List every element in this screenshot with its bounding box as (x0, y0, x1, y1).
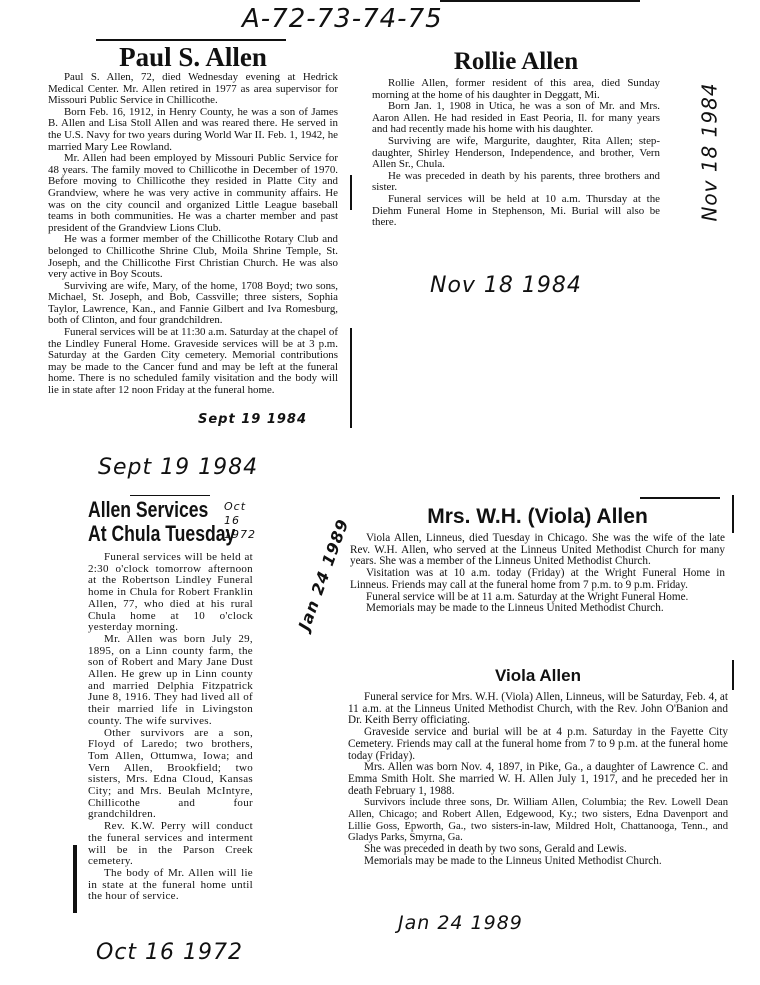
headline: Rollie Allen (372, 48, 660, 76)
paragraph: Surviving are wife, Margurite, daughter,… (372, 136, 660, 171)
paragraph: Survivors include three sons, Dr. Willia… (348, 797, 728, 844)
date-annotation: Jan 24 1989 (398, 912, 523, 934)
obituary-rollie-allen: Rollie Allen Rollie Allen, former reside… (372, 48, 660, 229)
head-date-annotation: Oct 16 1972 (224, 500, 264, 542)
paragraph: Mrs. Allen was born Nov. 4, 1897, in Pik… (348, 762, 728, 797)
paragraph: Rev. K.W. Perry will conduct the funeral… (88, 821, 253, 868)
paragraph: Paul S. Allen, 72, died Wednesday evenin… (48, 72, 338, 107)
paragraph: The body of Mr. Allen will lie in state … (88, 868, 253, 903)
date-annotation: Nov 18 1984 (430, 273, 582, 298)
headline-line-1: Allen Services (88, 498, 220, 522)
paragraph: Other survivors are a son, Floyd of Lare… (88, 728, 253, 822)
clipping-edge (350, 328, 352, 428)
notice-viola-allen: Mrs. W.H. (Viola) Allen Viola Allen, Lin… (350, 505, 725, 615)
paragraph: Funeral services will be held at 2:30 o'… (88, 552, 253, 634)
side-date-annotation: Nov 18 1984 (698, 82, 722, 221)
paragraph: Born Feb. 16, 1912, in Henry County, he … (48, 107, 338, 153)
clipping-rule (440, 0, 640, 2)
paragraph: Born Jan. 1, 1908 in Utica, he was a son… (372, 101, 660, 136)
paragraph: He was a former member of the Chillicoth… (48, 234, 338, 280)
clipping-edge (732, 660, 734, 690)
paragraph: Funeral services will be at 11:30 a.m. S… (48, 327, 338, 397)
headline: Mrs. W.H. (Viola) Allen (350, 505, 725, 529)
paragraph: Memorials may be made to the Linneus Uni… (348, 856, 728, 868)
paragraph: Graveside service and burial will be at … (348, 727, 728, 762)
paragraph: Surviving are wife, Mary, of the home, 1… (48, 281, 338, 327)
clipping-rule (640, 497, 720, 499)
paragraph: Funeral service for Mrs. W.H. (Viola) Al… (348, 692, 728, 727)
date-annotation: Oct 16 1972 (96, 940, 243, 965)
paragraph: Memorials may be made to the Linneus Uni… (350, 603, 725, 615)
paragraph: Visitation was at 10 a.m. today (Friday)… (350, 568, 725, 591)
clipping-rule (130, 495, 210, 496)
paragraph: Funeral services will be held at 10 a.m.… (372, 194, 660, 229)
obituary-viola-allen: Viola Allen Funeral service for Mrs. W.H… (348, 666, 728, 868)
headline-line-2: At Chula Tuesday (88, 522, 220, 546)
paragraph: Rollie Allen, former resident of this ar… (372, 78, 660, 101)
clipping-edge (350, 175, 352, 210)
file-code-annotation: A-72-73-74-75 (242, 4, 443, 34)
paragraph: Mr. Allen had been employed by Missouri … (48, 153, 338, 234)
obituary-paul-allen: Paul S. Allen Paul S. Allen, 72, died We… (48, 42, 338, 397)
paragraph: Mr. Allen was born July 29, 1895, on a L… (88, 634, 253, 728)
date-annotation: Sept 19 1984 (198, 412, 307, 427)
clipping-edge (732, 495, 734, 533)
paragraph: He was preceded in death by his parents,… (372, 171, 660, 194)
obituary-robert-allen: Allen Services At Chula Tuesday Funeral … (88, 498, 253, 903)
headline: Viola Allen (348, 666, 728, 686)
headline: Paul S. Allen (48, 42, 338, 72)
side-date-annotation: Jan 24 1989 (295, 516, 353, 633)
date-annotation: Sept 19 1984 (98, 455, 258, 480)
clipping-edge (73, 845, 77, 913)
paragraph: Viola Allen, Linneus, died Tuesday in Ch… (350, 533, 725, 568)
clipping-rule (96, 39, 286, 41)
